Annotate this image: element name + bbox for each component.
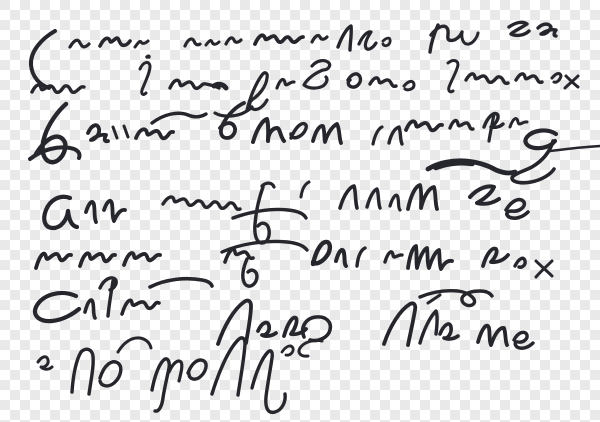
ink-stroke: [509, 22, 529, 35]
ink-stroke: [450, 121, 473, 130]
ink-stroke: [255, 187, 269, 243]
ink-stroke: [389, 127, 402, 144]
ink-stroke: [31, 31, 55, 88]
ink-stroke: [301, 182, 309, 197]
ink-stroke: [384, 303, 415, 345]
ink-stroke: [118, 338, 151, 352]
ink-stroke: [220, 103, 244, 138]
ink-stroke: [44, 197, 77, 228]
ink-stroke: [312, 36, 327, 42]
ink-stroke: [515, 258, 525, 267]
ink-stroke: [100, 278, 116, 316]
ink-stroke: [122, 300, 159, 314]
ink-stroke: [408, 185, 437, 209]
ink-stroke: [135, 41, 148, 47]
ink-stroke: [252, 351, 285, 413]
ink-stroke: [255, 35, 303, 44]
ink-stroke: [348, 74, 360, 87]
ink-stroke: [38, 357, 52, 369]
handwriting-image: [0, 0, 600, 422]
ink-stroke: [478, 326, 507, 345]
ink-stroke: [185, 39, 200, 46]
ink-stroke: [383, 38, 390, 46]
ink-stroke: [538, 24, 556, 36]
ink-stroke: [390, 195, 400, 210]
ink-stroke: [152, 113, 206, 123]
ink-stroke: [340, 186, 357, 208]
ink-stroke: [420, 291, 492, 306]
ink-stroke: [506, 200, 528, 219]
ink-stroke: [470, 186, 499, 203]
ink-stroke: [253, 119, 284, 142]
ink-stroke: [147, 56, 149, 57]
ink-stroke: [212, 338, 245, 395]
ink-stroke: [370, 78, 396, 86]
ink-stroke: [462, 32, 478, 44]
ink-stroke: [136, 129, 173, 138]
ink-stroke: [113, 126, 128, 138]
ink-stroke: [367, 189, 380, 208]
ink-stroke: [291, 124, 306, 138]
ink-stroke: [225, 249, 253, 262]
ink-stroke: [536, 261, 552, 277]
ink-stroke: [550, 146, 600, 151]
ink-stroke: [150, 279, 212, 287]
ink-stroke: [373, 127, 382, 144]
ink-stroke: [36, 254, 71, 268]
ink-stroke: [304, 61, 330, 89]
ink-stroke: [226, 38, 241, 44]
ink-stroke: [152, 359, 169, 411]
ink-stroke: [247, 73, 267, 110]
ink-stroke: [299, 340, 322, 356]
ink-stroke: [32, 85, 84, 92]
ink-stroke: [282, 346, 293, 355]
ink-stroke: [408, 246, 452, 269]
ink-stroke: [86, 201, 125, 222]
ink-stroke: [448, 61, 458, 92]
ink-stroke: [233, 209, 306, 218]
ink-stroke: [188, 360, 206, 379]
ink-stroke: [436, 162, 472, 167]
ink-stroke: [516, 74, 542, 82]
ink-stroke: [170, 80, 219, 88]
ink-stroke: [277, 80, 294, 88]
ink-stroke: [100, 38, 130, 46]
ink-stroke: [140, 62, 150, 94]
ink-stroke: [70, 40, 89, 47]
ink-stroke: [440, 324, 458, 339]
ink-stroke: [88, 125, 108, 141]
ink-stroke: [359, 32, 376, 49]
ink-stroke: [483, 249, 508, 266]
ink-stroke: [313, 124, 341, 143]
ink-stroke: [163, 197, 240, 209]
ink-stroke: [336, 250, 346, 266]
ink-stroke: [35, 293, 79, 321]
ink-stroke: [85, 300, 95, 318]
ink-stroke: [124, 253, 160, 265]
handwriting-ink: [0, 0, 600, 422]
ink-stroke: [552, 74, 578, 88]
ink-stroke: [420, 311, 437, 343]
ink-stroke: [258, 323, 276, 336]
ink-stroke: [206, 41, 219, 45]
ink-stroke: [80, 253, 115, 266]
ink-stroke: [218, 301, 251, 344]
ink-stroke: [466, 74, 508, 83]
ink-stroke: [100, 362, 121, 386]
ink-stroke: [243, 259, 257, 286]
ink-stroke: [385, 252, 402, 262]
ink-stroke: [338, 26, 351, 50]
ink-stroke: [514, 332, 533, 348]
ink-stroke: [406, 121, 442, 130]
ink-stroke: [404, 81, 414, 89]
ink-stroke: [510, 119, 527, 127]
ink-stroke: [428, 295, 440, 303]
ink-stroke: [72, 349, 93, 394]
ink-stroke: [313, 242, 330, 264]
ink-stroke: [357, 248, 365, 266]
